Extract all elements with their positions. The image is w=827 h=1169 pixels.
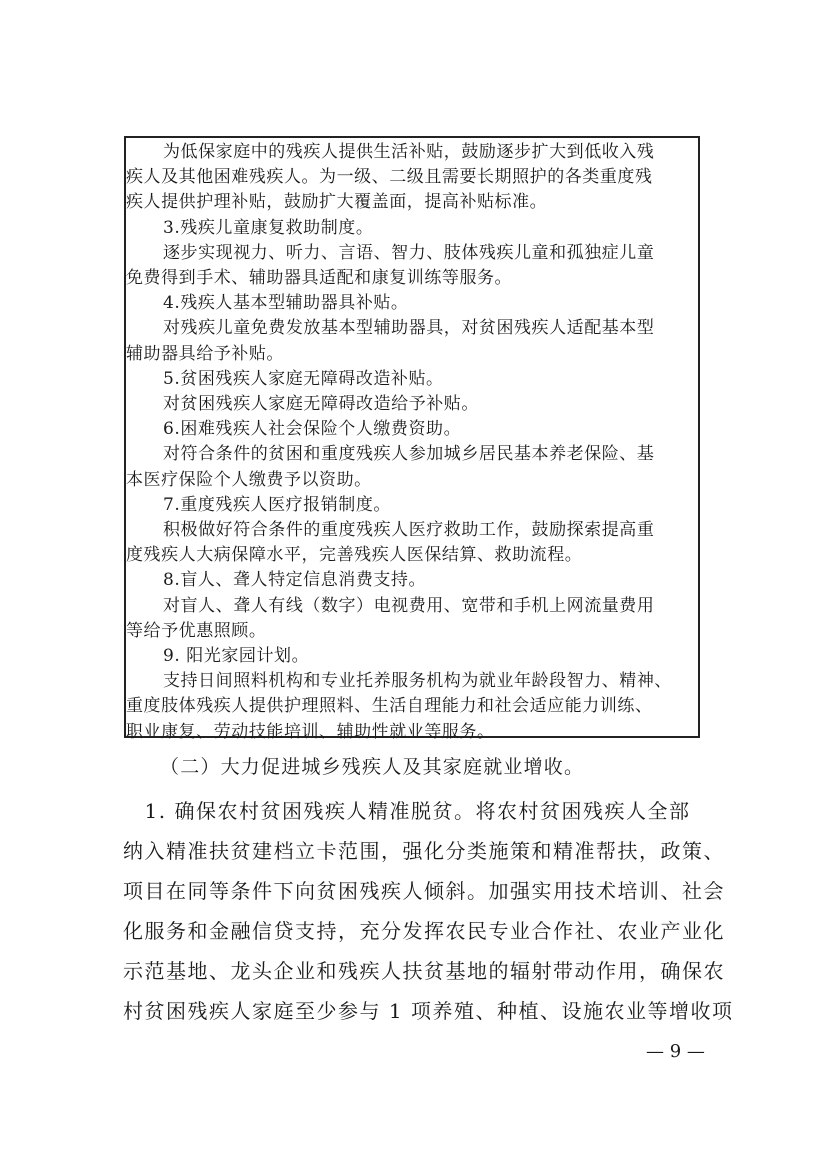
box-line: 对符合条件的贫困和重度残疾人参加城乡居民基本养老保险、基	[126, 442, 698, 467]
box-line: 对盲人、聋人有线（数字）电视费用、宽带和手机上网流量费用	[126, 594, 698, 619]
box-line: 支持日间照料机构和专业托养服务机构为就业年龄段智力、精神、	[126, 669, 698, 694]
box-line: 疾人及其他困难残疾人。为一级、二级且需要长期照护的各类重度残	[126, 165, 698, 190]
body-line: 纳入精准扶贫建档立卡范围，强化分类施策和精准帮扶，政策、	[123, 835, 725, 864]
box-line: 重度肢体残疾人提供护理照料、生活自理能力和社会适应能力训练、	[126, 694, 698, 719]
box-line: 免费得到手术、辅助器具适配和康复训练等服务。	[126, 266, 698, 291]
box-line: 积极做好符合条件的重度残疾人医疗救助工作，鼓励探索提高重	[126, 518, 698, 543]
body-line: 1. 确保农村贫困残疾人精准脱贫。将农村贫困残疾人全部	[123, 795, 690, 824]
box-line: 9. 阳光家园计划。	[126, 644, 698, 669]
body-line: 化服务和金融信贷支持，充分发挥农民专业合作社、农业产业化	[123, 915, 725, 944]
box-line: 职业康复、劳动技能培训、辅助性就业等服务。	[126, 720, 698, 745]
policy-box: 为低保家庭中的残疾人提供生活补贴，鼓励逐步扩大到低收入残 疾人及其他困难残疾人。…	[124, 136, 700, 738]
page-number: — 9 —	[646, 1041, 705, 1062]
box-line: 辅助器具给予补贴。	[126, 342, 698, 367]
box-line: 8.盲人、聋人特定信息消费支持。	[126, 568, 698, 593]
section-heading: （二）大力促进城乡残疾人及其家庭就业增收。	[160, 752, 584, 779]
box-line: 6.困难残疾人社会保险个人缴费资助。	[126, 417, 698, 442]
box-line: 疾人提供护理补贴，鼓励扩大覆盖面，提高补贴标准。	[126, 190, 698, 215]
body-line: 示范基地、龙头企业和残疾人扶贫基地的辐射带动作用，确保农	[123, 955, 725, 984]
box-line: 对贫困残疾人家庭无障碍改造给予补贴。	[126, 392, 698, 417]
box-line: 7.重度残疾人医疗报销制度。	[126, 493, 698, 518]
box-line: 为低保家庭中的残疾人提供生活补贴，鼓励逐步扩大到低收入残	[126, 140, 698, 165]
box-line: 对残疾儿童免费发放基本型辅助器具，对贫困残疾人适配基本型	[126, 316, 698, 341]
box-line: 等给予优惠照顾。	[126, 619, 698, 644]
body-line: 项目在同等条件下向贫困残疾人倾斜。加强实用技术培训、社会	[123, 875, 725, 904]
box-line: 4.残疾人基本型辅助器具补贴。	[126, 291, 698, 316]
body-line: 村贫困残疾人家庭至少参与 1 项养殖、种植、设施农业等增收项	[123, 995, 733, 1024]
box-line: 5.贫困残疾人家庭无障碍改造补贴。	[126, 367, 698, 392]
box-line: 度残疾人大病保障水平，完善残疾人医保结算、救助流程。	[126, 543, 698, 568]
box-line: 3.残疾儿童康复救助制度。	[126, 216, 698, 241]
box-line: 本医疗保险个人缴费予以资助。	[126, 468, 698, 493]
box-line: 逐步实现视力、听力、言语、智力、肢体残疾儿童和孤独症儿童	[126, 241, 698, 266]
